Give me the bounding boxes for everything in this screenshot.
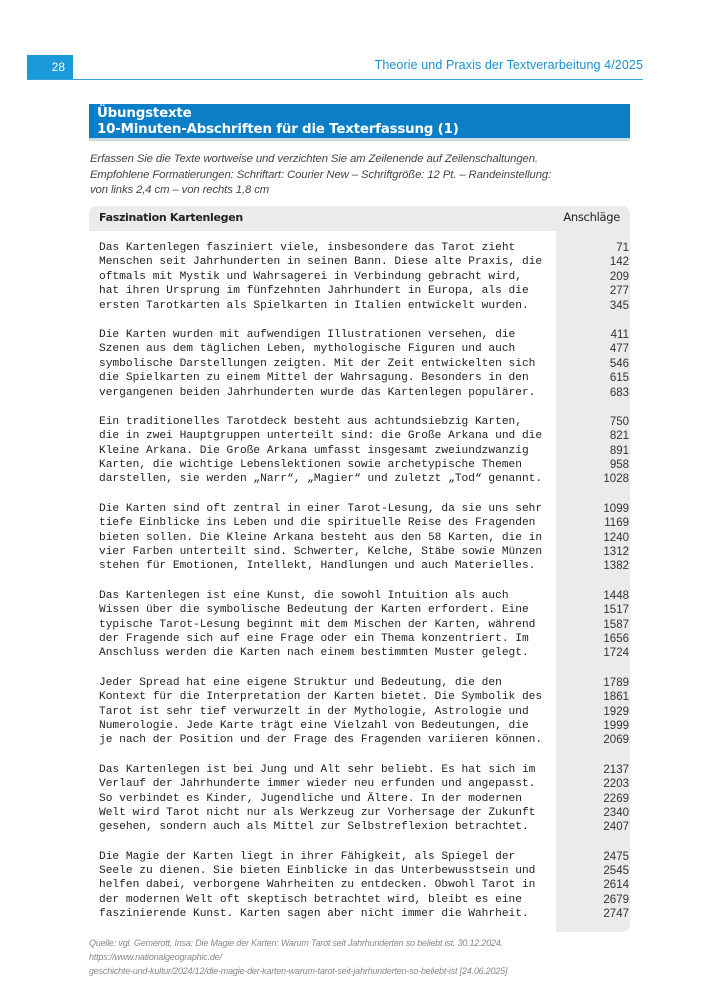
line-text: Jeder Spread hat eine eigene Struktur un… <box>99 676 502 690</box>
line-text: Szenen aus dem täglichen Leben, mytholog… <box>99 342 515 356</box>
text-line: Verlauf der Jahrhunderte immer wieder ne… <box>99 777 629 791</box>
line-text: der modernen Welt oft skeptisch betracht… <box>99 893 522 907</box>
exercise-header: Faszination Kartenlegen Anschläge <box>89 206 630 228</box>
line-text: stehen für Emotionen, Intellekt, Handlun… <box>99 559 535 573</box>
exercise-paragraph: Ein traditionelles Tarotdeck besteht aus… <box>99 415 629 487</box>
line-text: Menschen seit Jahrhunderten in seinen Ba… <box>99 255 542 269</box>
keystroke-count: 1999 <box>603 719 629 733</box>
section-subtitle: 10-Minuten-Abschriften für die Texterfas… <box>97 122 622 138</box>
keystroke-count: 209 <box>610 270 629 284</box>
text-line: Kleine Arkana. Die Große Arkana umfasst … <box>99 444 629 458</box>
text-line: oftmals mit Mystik und Wahrsagerei in Ve… <box>99 270 629 284</box>
keystroke-count: 345 <box>610 299 629 313</box>
text-line: bieten sollen. Die Kleine Arkana besteht… <box>99 531 629 545</box>
instructions: Erfassen Sie die Texte wortweise und ver… <box>90 152 630 199</box>
text-line: Welt wird Tarot nicht nur als Werkzeug z… <box>99 806 629 820</box>
source-line: Quelle: vgl. Gemerott, Insa: Die Magie d… <box>89 936 634 964</box>
line-text: Karten, die wichtige Lebenslektionen sow… <box>99 458 522 472</box>
exercise-paragraph: Das Kartenlegen ist bei Jung und Alt seh… <box>99 763 629 835</box>
keystroke-count: 2340 <box>603 806 629 820</box>
keystroke-count: 958 <box>610 458 629 472</box>
journal-title: Theorie und Praxis der Textverarbeitung … <box>375 58 643 72</box>
line-text: der Fragende sich auf eine Frage oder ei… <box>99 632 529 646</box>
line-text: hat ihren Ursprung im fünfzehnten Jahrhu… <box>99 284 529 298</box>
instructions-line: Empfohlene Formatierungen: Schriftart: C… <box>90 168 630 184</box>
line-text: je nach der Position und der Frage des F… <box>99 733 542 747</box>
text-line: Wissen über die symbolische Bedeutung de… <box>99 603 629 617</box>
text-line: Kontext für die Interpretation der Karte… <box>99 690 629 704</box>
keystroke-count: 2203 <box>603 777 629 791</box>
line-text: oftmals mit Mystik und Wahrsagerei in Ve… <box>99 270 522 284</box>
text-line: der modernen Welt oft skeptisch betracht… <box>99 893 629 907</box>
keystroke-count: 2545 <box>603 864 629 878</box>
page-header: 28 Theorie und Praxis der Textverarbeitu… <box>27 55 643 80</box>
exercise-paragraph: Das Kartenlegen fasziniert viele, insbes… <box>99 241 629 313</box>
line-text: Verlauf der Jahrhunderte immer wieder ne… <box>99 777 535 791</box>
keystroke-count: 2269 <box>603 792 629 806</box>
keystroke-count: 142 <box>610 255 629 269</box>
text-line: stehen für Emotionen, Intellekt, Handlun… <box>99 559 629 573</box>
page-number: 28 <box>27 55 73 79</box>
text-line: Die Karten sind oft zentral in einer Tar… <box>99 502 629 516</box>
text-line: darstellen, sie werden „Narr“, „Magier“ … <box>99 472 629 486</box>
keystroke-count: 477 <box>610 342 629 356</box>
line-text: faszinierende Kunst. Karten sagen aber n… <box>99 907 529 921</box>
keystroke-count: 1587 <box>603 618 629 632</box>
text-line: Die Magie der Karten liegt in ihrer Fähi… <box>99 850 629 864</box>
line-text: Das Kartenlegen ist eine Kunst, die sowo… <box>99 589 509 603</box>
line-text: Tarot ist sehr tief verwurzelt in der My… <box>99 705 529 719</box>
text-line: vier Farben unterteilt sind. Schwerter, … <box>99 545 629 559</box>
text-line: helfen dabei, verborgene Wahrheiten zu e… <box>99 878 629 892</box>
keystroke-count: 2137 <box>603 763 629 777</box>
keystroke-count: 1382 <box>603 559 629 573</box>
keystroke-count: 1099 <box>603 502 629 516</box>
line-text: vergangenen beiden Jahrhunderten wurde d… <box>99 386 535 400</box>
keystroke-count: 2747 <box>603 907 629 921</box>
exercise-paragraph: Die Karten wurden mit aufwendigen Illust… <box>99 328 629 400</box>
keystroke-count: 1169 <box>604 516 629 530</box>
line-text: die Spielkarten zu einem Mittel der Wahr… <box>99 371 529 385</box>
keystroke-count: 1789 <box>603 676 629 690</box>
text-line: Das Kartenlegen ist eine Kunst, die sowo… <box>99 589 629 603</box>
line-text: Welt wird Tarot nicht nur als Werkzeug z… <box>99 806 535 820</box>
keystroke-count: 2475 <box>603 850 629 864</box>
keystroke-count: 2679 <box>603 893 629 907</box>
text-line: die Spielkarten zu einem Mittel der Wahr… <box>99 371 629 385</box>
source-line: geschichte-und-kultur/2024/12/die-magie-… <box>89 964 634 978</box>
exercise-paragraph: Die Karten sind oft zentral in einer Tar… <box>99 502 629 574</box>
text-line: je nach der Position und der Frage des F… <box>99 733 629 747</box>
line-text: Die Karten wurden mit aufwendigen Illust… <box>99 328 515 342</box>
line-text: Das Kartenlegen fasziniert viele, insbes… <box>99 241 515 255</box>
line-text: Anschluss werden die Karten nach einem b… <box>99 646 529 660</box>
text-line: faszinierende Kunst. Karten sagen aber n… <box>99 907 629 921</box>
source-citation: Quelle: vgl. Gemerott, Insa: Die Magie d… <box>89 936 634 978</box>
line-text: Ein traditionelles Tarotdeck besteht aus… <box>99 415 522 429</box>
section-title-box: Übungstexte 10-Minuten-Abschriften für d… <box>89 104 630 141</box>
instructions-line: von links 2,4 cm – von rechts 1,8 cm <box>90 183 630 199</box>
exercise-title: Faszination Kartenlegen <box>99 211 243 224</box>
text-line: typische Tarot-Lesung beginnt mit dem Mi… <box>99 618 629 632</box>
text-line: vergangenen beiden Jahrhunderten wurde d… <box>99 386 629 400</box>
keystroke-count: 1656 <box>603 632 629 646</box>
keystroke-count: 1517 <box>603 603 629 617</box>
keystroke-count: 821 <box>610 429 629 443</box>
line-text: Numerologie. Jede Karte trägt eine Vielz… <box>99 719 529 733</box>
keystroke-count: 2614 <box>603 878 629 892</box>
keystroke-count: 750 <box>610 415 629 429</box>
exercise-box: Faszination Kartenlegen Anschläge Das Ka… <box>89 206 630 932</box>
keystroke-count: 546 <box>610 357 629 371</box>
text-line: Numerologie. Jede Karte trägt eine Vielz… <box>99 719 629 733</box>
line-text: Das Kartenlegen ist bei Jung und Alt seh… <box>99 763 535 777</box>
line-text: tiefe Einblicke ins Leben und die spirit… <box>99 516 535 530</box>
section-title: Übungstexte <box>97 106 622 122</box>
text-line: tiefe Einblicke ins Leben und die spirit… <box>99 516 629 530</box>
text-line: Ein traditionelles Tarotdeck besteht aus… <box>99 415 629 429</box>
exercise-paragraph: Das Kartenlegen ist eine Kunst, die sowo… <box>99 589 629 661</box>
keystroke-count: 1240 <box>603 531 629 545</box>
line-text: Kontext für die Interpretation der Karte… <box>99 690 542 704</box>
keystroke-count: 2407 <box>603 820 629 834</box>
line-text: ersten Tarotkarten als Spielkarten in It… <box>99 299 529 313</box>
text-line: Jeder Spread hat eine eigene Struktur un… <box>99 676 629 690</box>
text-line: Tarot ist sehr tief verwurzelt in der My… <box>99 705 629 719</box>
keystroke-count: 683 <box>610 386 629 400</box>
line-text: vier Farben unterteilt sind. Schwerter, … <box>99 545 542 559</box>
keystroke-count: 411 <box>611 328 629 342</box>
text-line: Karten, die wichtige Lebenslektionen sow… <box>99 458 629 472</box>
exercise-paragraph: Jeder Spread hat eine eigene Struktur un… <box>99 676 629 748</box>
line-text: Die Karten sind oft zentral in einer Tar… <box>99 502 542 516</box>
keystroke-count: 615 <box>610 371 629 385</box>
keystroke-count: 277 <box>610 284 629 298</box>
text-line: gesehen, sondern auch als Mittel zur Sel… <box>99 820 629 834</box>
line-text: Seele zu dienen. Sie bieten Einblicke in… <box>99 864 535 878</box>
keystroke-count: 71 <box>616 241 629 255</box>
instructions-line: Erfassen Sie die Texte wortweise und ver… <box>90 152 630 168</box>
text-line: ersten Tarotkarten als Spielkarten in It… <box>99 299 629 313</box>
line-text: bieten sollen. Die Kleine Arkana besteht… <box>99 531 542 545</box>
text-line: Das Kartenlegen ist bei Jung und Alt seh… <box>99 763 629 777</box>
line-text: helfen dabei, verborgene Wahrheiten zu e… <box>99 878 535 892</box>
line-text: Wissen über die symbolische Bedeutung de… <box>99 603 529 617</box>
exercise-paragraphs: Das Kartenlegen fasziniert viele, insbes… <box>99 241 629 937</box>
text-line: hat ihren Ursprung im fünfzehnten Jahrhu… <box>99 284 629 298</box>
text-line: der Fragende sich auf eine Frage oder ei… <box>99 632 629 646</box>
line-text: So verbindet es Kinder, Jugendliche und … <box>99 792 522 806</box>
exercise-paragraph: Die Magie der Karten liegt in ihrer Fähi… <box>99 850 629 922</box>
keystroke-count: 1929 <box>603 705 629 719</box>
text-line: Szenen aus dem täglichen Leben, mytholog… <box>99 342 629 356</box>
line-text: Die Magie der Karten liegt in ihrer Fähi… <box>99 850 515 864</box>
line-text: Kleine Arkana. Die Große Arkana umfasst … <box>99 444 529 458</box>
keystroke-count: 1861 <box>603 690 629 704</box>
line-text: symbolische Darstellungen zeigten. Mit d… <box>99 357 535 371</box>
line-text: typische Tarot-Lesung beginnt mit dem Mi… <box>99 618 535 632</box>
keystroke-count: 1448 <box>603 589 629 603</box>
line-text: darstellen, sie werden „Narr“, „Magier“ … <box>99 472 542 486</box>
text-line: die in zwei Hauptgruppen unterteilt sind… <box>99 429 629 443</box>
text-line: Menschen seit Jahrhunderten in seinen Ba… <box>99 255 629 269</box>
text-line: Die Karten wurden mit aufwendigen Illust… <box>99 328 629 342</box>
text-line: Anschluss werden die Karten nach einem b… <box>99 646 629 660</box>
text-line: symbolische Darstellungen zeigten. Mit d… <box>99 357 629 371</box>
keystroke-count: 1028 <box>603 472 629 486</box>
line-text: die in zwei Hauptgruppen unterteilt sind… <box>99 429 542 443</box>
keystroke-count: 891 <box>610 444 629 458</box>
keystroke-count: 2069 <box>603 733 629 747</box>
keystrokes-column-header: Anschläge <box>563 210 620 224</box>
text-line: Das Kartenlegen fasziniert viele, insbes… <box>99 241 629 255</box>
keystroke-count: 1724 <box>603 646 629 660</box>
text-line: So verbindet es Kinder, Jugendliche und … <box>99 792 629 806</box>
keystroke-count: 1312 <box>603 545 629 559</box>
line-text: gesehen, sondern auch als Mittel zur Sel… <box>99 820 529 834</box>
text-line: Seele zu dienen. Sie bieten Einblicke in… <box>99 864 629 878</box>
